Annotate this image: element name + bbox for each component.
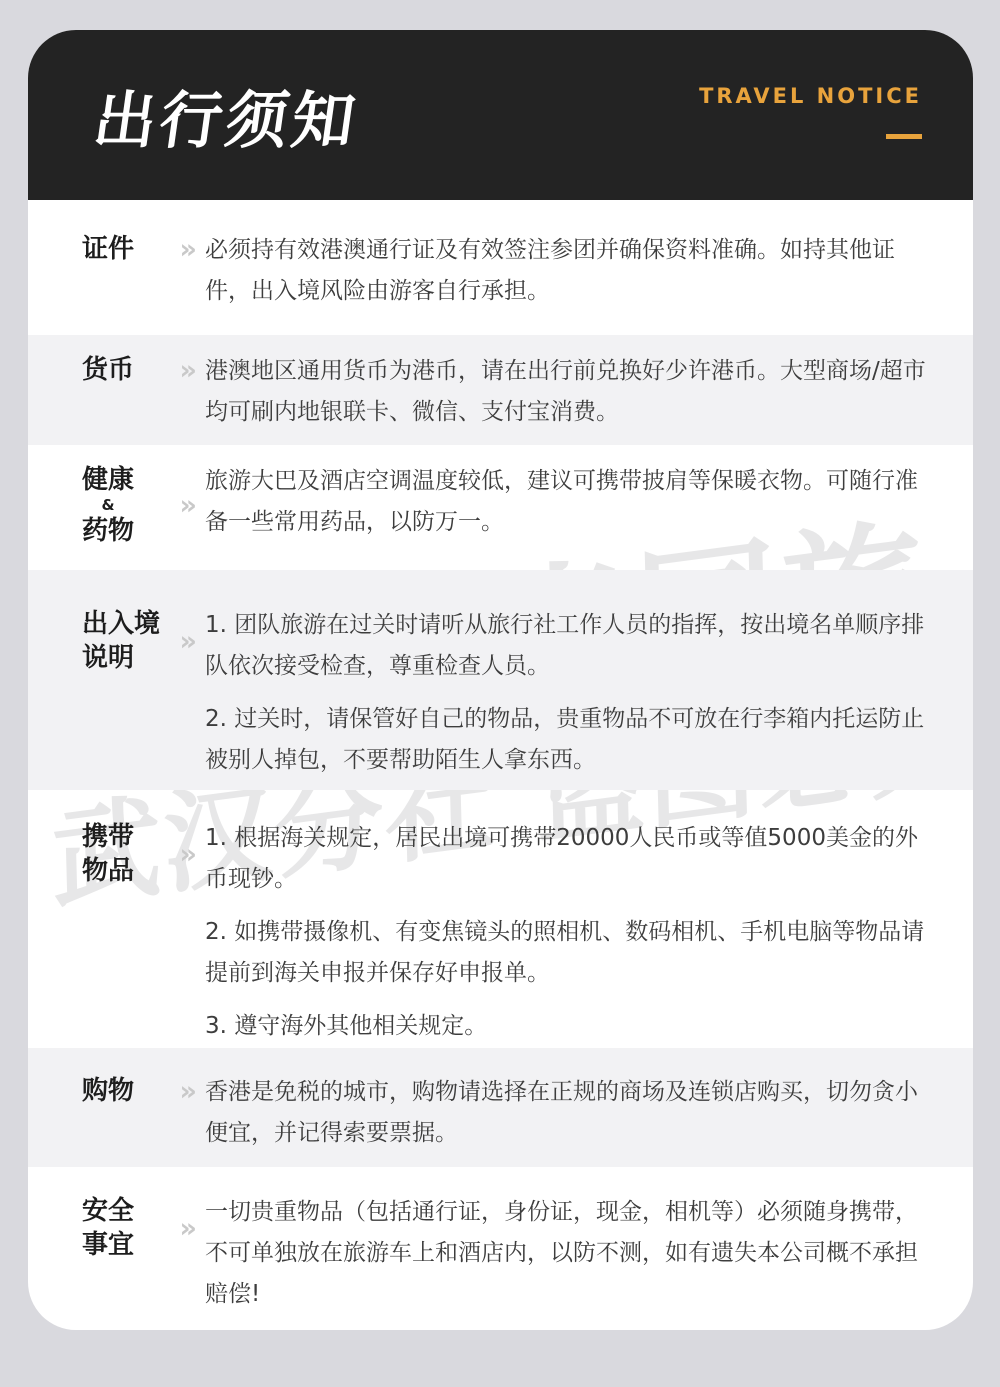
section-paragraph: 2. 如携带摄像机、有变焦镜头的照相机、数码相机、手机电脑等物品请提前到海关申报…: [205, 912, 930, 994]
section-paragraph: 1. 根据海关规定，居民出境可携带20000人民币或等值5000美金的外币现钞。: [205, 818, 930, 900]
section-paragraph: 香港是免税的城市，购物请选择在正规的商场及连锁店购买，切勿贪小便宜，并记得索要票…: [205, 1072, 930, 1154]
chevron-right-icon: »: [180, 236, 197, 263]
section-currency: 货币 » 港澳地区通用货币为港币，请在出行前兑换好少许港币。大型商场/超市均可刷…: [28, 335, 973, 445]
subtitle-block: TRAVEL NOTICE: [699, 84, 922, 139]
sections: 证件 » 必须持有效港澳通行证及有效签注参团并确保资料准确。如持其他证件，出入境…: [28, 200, 973, 1330]
travel-notice-card: 出行须知 TRAVEL NOTICE 珠海阳光国旅 武汉分社 盗图必究 证件 »…: [28, 30, 973, 1330]
section-immigration-notes-body: 1. 团队旅游在过关时请听从旅行社工作人员的指挥，按出境名单顺序排队依次接受检查…: [205, 605, 930, 781]
header: 出行须知 TRAVEL NOTICE: [28, 30, 973, 200]
section-immigration-notes-label: 出入境 说明 »: [82, 607, 205, 675]
section-shopping-body: 香港是免税的城市，购物请选择在正规的商场及连锁店购买，切勿贪小便宜，并记得索要票…: [205, 1072, 930, 1154]
section-carried-items: 携带 物品 » 1. 根据海关规定，居民出境可携带20000人民币或等值5000…: [28, 790, 973, 1048]
section-paragraph: 必须持有效港澳通行证及有效签注参团并确保资料准确。如持其他证件，出入境风险由游客…: [205, 230, 930, 312]
section-label-text: 说明: [82, 641, 160, 675]
section-label-text: 事宜: [82, 1228, 134, 1262]
section-documents-label: 证件 »: [82, 232, 205, 266]
section-paragraph: 1. 团队旅游在过关时请听从旅行社工作人员的指挥，按出境名单顺序排队依次接受检查…: [205, 605, 930, 687]
chevron-right-icon: »: [180, 1078, 197, 1105]
section-safety-matters-body: 一切贵重物品（包括通行证，身份证，现金，相机等）必须随身携带，不可单独放在旅游车…: [205, 1192, 930, 1315]
section-immigration-notes: 出入境 说明 » 1. 团队旅游在过关时请听从旅行社工作人员的指挥，按出境名单顺…: [28, 570, 973, 790]
chevron-right-icon: »: [180, 492, 197, 519]
section-paragraph: 港澳地区通用货币为港币，请在出行前兑换好少许港币。大型商场/超市均可刷内地银联卡…: [205, 351, 930, 433]
section-carried-items-body: 1. 根据海关规定，居民出境可携带20000人民币或等值5000美金的外币现钞。…: [205, 818, 930, 1047]
chevron-right-icon: »: [180, 628, 197, 655]
section-carried-items-label: 携带 物品 »: [82, 820, 205, 888]
section-paragraph: 旅游大巴及酒店空调温度较低，建议可携带披肩等保暖衣物。可随行准备一些常用药品，以…: [205, 461, 930, 543]
section-paragraph: 一切贵重物品（包括通行证，身份证，现金，相机等）必须随身携带，不可单独放在旅游车…: [205, 1192, 930, 1315]
chevron-right-icon: »: [180, 1215, 197, 1242]
section-paragraph: 3. 遵守海外其他相关规定。: [205, 1006, 930, 1047]
section-label-text: 携带: [82, 820, 134, 854]
section-label-text: 物品: [82, 854, 134, 888]
section-label-text: 出入境: [82, 607, 160, 641]
accent-dash: [886, 134, 922, 139]
section-label-text: 货币: [82, 353, 134, 387]
section-label-text: 购物: [82, 1074, 134, 1108]
section-shopping-label: 购物 »: [82, 1074, 205, 1108]
section-health-medicine-body: 旅游大巴及酒店空调温度较低，建议可携带披肩等保暖衣物。可随行准备一些常用药品，以…: [205, 461, 930, 543]
section-currency-label: 货币 »: [82, 353, 205, 387]
section-documents: 证件 » 必须持有效港澳通行证及有效签注参团并确保资料准确。如持其他证件，出入境…: [28, 200, 973, 335]
section-safety-matters-label: 安全 事宜 »: [82, 1194, 205, 1262]
subtitle-text: TRAVEL NOTICE: [699, 84, 922, 108]
section-paragraph: 2. 过关时，请保管好自己的物品，贵重物品不可放在行李箱内托运防止被别人掉包，不…: [205, 699, 930, 781]
section-label-text: 安全: [82, 1194, 134, 1228]
section-health-medicine-label: 健康 & 药物 »: [82, 463, 205, 548]
section-shopping: 购物 » 香港是免税的城市，购物请选择在正规的商场及连锁店购买，切勿贪小便宜，并…: [28, 1048, 973, 1167]
page-title: 出行须知: [89, 71, 366, 160]
chevron-right-icon: »: [180, 841, 197, 868]
section-documents-body: 必须持有效港澳通行证及有效签注参团并确保资料准确。如持其他证件，出入境风险由游客…: [205, 230, 930, 312]
section-safety-matters: 安全 事宜 » 一切贵重物品（包括通行证，身份证，现金，相机等）必须随身携带，不…: [28, 1167, 973, 1330]
section-label-text: 健康: [82, 463, 134, 497]
chevron-right-icon: »: [180, 357, 197, 384]
section-label-text: 证件: [82, 232, 134, 266]
section-label-text: 药物: [82, 514, 134, 548]
section-currency-body: 港澳地区通用货币为港币，请在出行前兑换好少许港币。大型商场/超市均可刷内地银联卡…: [205, 351, 930, 433]
section-health-medicine: 健康 & 药物 » 旅游大巴及酒店空调温度较低，建议可携带披肩等保暖衣物。可随行…: [28, 445, 973, 570]
section-label-ampersand: &: [82, 497, 134, 514]
